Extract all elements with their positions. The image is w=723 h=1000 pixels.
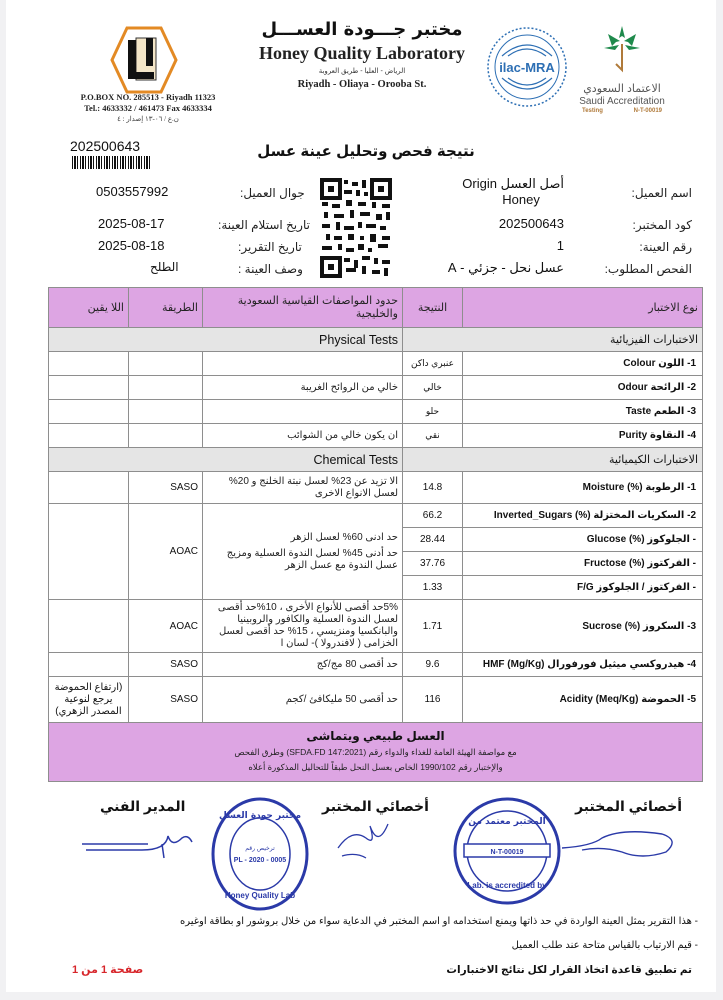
report-date-label: تاريخ التقرير: bbox=[238, 240, 302, 254]
test-result: 9.6 bbox=[403, 653, 463, 677]
conclusion-row: العسل طبيعي ويتماشى مع مواصفة الهيئة الع… bbox=[49, 723, 703, 782]
test-method: SASO bbox=[129, 653, 203, 677]
test-uncertainty bbox=[49, 504, 129, 600]
table-row: 1- الرطوبة (%) Moisture 14.8 الا تزيد عن… bbox=[49, 472, 703, 504]
svg-text:N-T-00019: N-T-00019 bbox=[490, 849, 523, 856]
section-title-ar: الاختبارات الفيزيائية bbox=[403, 328, 703, 352]
svg-text:PL - 2020 - 0005: PL - 2020 - 0005 bbox=[234, 857, 287, 864]
test-result: 28.44 bbox=[403, 528, 463, 552]
test-name: 4- هيدروكسي ميثيل فورفورال (Mg/Kg) HMF bbox=[463, 653, 703, 677]
header-test-type: نوع الاختبار bbox=[463, 288, 703, 328]
test-spec bbox=[203, 400, 403, 424]
test-name: - الفركتوز / الجلوكوز F/G bbox=[463, 576, 703, 600]
results-table: نوع الاختبار النتيجة حدود المواصفات القي… bbox=[48, 287, 703, 782]
test-uncertainty bbox=[49, 352, 129, 376]
technical-manager-label: المدير الفني bbox=[100, 798, 185, 815]
header-result: النتيجة bbox=[403, 288, 463, 328]
test-spec: خالي من الروائح الغريبة bbox=[203, 376, 403, 400]
svg-text:المختبر معتمد من: المختبر معتمد من bbox=[468, 817, 545, 827]
test-name: 1- اللون Colour bbox=[463, 352, 703, 376]
barcode-icon bbox=[72, 156, 150, 169]
test-spec: حد أقصى 80 مج/كج bbox=[203, 653, 403, 677]
table-header-row: نوع الاختبار النتيجة حدود المواصفات القي… bbox=[49, 288, 703, 328]
test-method: AOAC bbox=[129, 600, 203, 653]
saudi-accreditation-logo: الاعتماد السعودي Saudi Accreditation Tes… bbox=[576, 24, 668, 114]
barcode-number: 202500643 bbox=[70, 138, 140, 154]
svg-text:Honey Quality Lab: Honey Quality Lab bbox=[225, 891, 295, 900]
test-method bbox=[129, 400, 203, 424]
test-name: 3- السكروز (%) Sucrose bbox=[463, 600, 703, 653]
conclusion-line-2: والإختبار رقم 1990/102 الخاص بعسل النحل … bbox=[49, 760, 702, 775]
table-row: 4- النقاوة Purity نقي ان يكون خالي من ال… bbox=[49, 424, 703, 448]
test-result: 1.71 bbox=[403, 600, 463, 653]
header-uncertainty: اللا يقين bbox=[49, 288, 129, 328]
test-method: AOAC bbox=[129, 504, 203, 600]
report-date-value: 2025-08-18 bbox=[98, 238, 165, 253]
lab-name-en: Honey Quality Laboratory bbox=[252, 42, 472, 64]
conclusion-title: العسل طبيعي ويتماشى bbox=[49, 727, 702, 745]
test-name: 2- الرائحة Odour bbox=[463, 376, 703, 400]
section-title-en: Chemical Tests bbox=[49, 448, 403, 472]
test-name: - الجلوكوز (%) Glucose bbox=[463, 528, 703, 552]
test-uncertainty: (ارتفاع الحموضة يرجع لنوعية المصدر الزهر… bbox=[49, 677, 129, 723]
table-row: 5- الحموضة (Meq/Kg) Acidity 116 حد أقصى … bbox=[49, 677, 703, 723]
sample-number-value: 1 bbox=[557, 238, 564, 253]
test-uncertainty bbox=[49, 424, 129, 448]
honey-lab-logo-icon bbox=[110, 26, 178, 94]
required-test-label: الفحص المطلوب: bbox=[605, 262, 692, 276]
test-result: 116 bbox=[403, 677, 463, 723]
table-row: 3- السكروز (%) Sucrose 1.71 5%حد أقصى لل… bbox=[49, 600, 703, 653]
table-row: 4- هيدروكسي ميثيل فورفورال (Mg/Kg) HMF 9… bbox=[49, 653, 703, 677]
footer-note-2: - قيم الارتياب بالقياس متاحة عند طلب الع… bbox=[512, 940, 698, 951]
test-spec: الا تزيد عن 23% لعسل نبتة الخلنج و 20% ل… bbox=[203, 472, 403, 504]
signature-technical-manager-icon bbox=[78, 826, 198, 860]
lab-address-en: Riyadh - Oliaya - Orooba St. bbox=[252, 78, 472, 92]
test-spec bbox=[203, 352, 403, 376]
test-method bbox=[129, 376, 203, 400]
lab-address-ar: الرياض - العليا - طريق العروبة bbox=[252, 66, 472, 78]
lab-contact: P.O.BOX NO. 285513 - Riyadh 11323 Tel.: … bbox=[68, 92, 228, 125]
test-uncertainty bbox=[49, 376, 129, 400]
document-reference: ن.ع / ٠٦-١٣ إصدار : ٤ bbox=[68, 114, 228, 125]
header-spec: حدود المواصفات القياسية السعودية والخليج… bbox=[203, 288, 403, 328]
test-result: حلو bbox=[403, 400, 463, 424]
table-row: 2- الرائحة Odour خالي خالي من الروائح ال… bbox=[49, 376, 703, 400]
accreditation-type: Testing bbox=[582, 108, 603, 114]
lab-name-ar: مختبر جـــودة العســـل bbox=[252, 18, 472, 42]
receipt-date-label: تاريخ استلام العينة: bbox=[218, 218, 310, 232]
test-spec: ان يكون خالي من الشوائب bbox=[203, 424, 403, 448]
test-result: عنبري داكن bbox=[403, 352, 463, 376]
test-name: 1- الرطوبة (%) Moisture bbox=[463, 472, 703, 504]
receipt-date-value: 2025-08-17 bbox=[98, 216, 165, 231]
accreditation-ar: الاعتماد السعودي bbox=[576, 83, 668, 96]
sample-description-value: الطلح bbox=[150, 260, 179, 274]
test-spec: حد أقصى 50 مليكافئ /كجم bbox=[203, 677, 403, 723]
client-name-value: أصل العسل Origin Honey bbox=[462, 176, 564, 207]
signature-specialist-1-icon bbox=[562, 826, 682, 866]
test-result: 37.76 bbox=[403, 552, 463, 576]
lab-stamp-icon: مختبر جودة العسل ترخيص رقم PL - 2020 - 0… bbox=[210, 796, 310, 912]
test-result: 14.8 bbox=[403, 472, 463, 504]
accreditation-code: N-T-00019 bbox=[634, 108, 662, 114]
required-test-value: عسل نحل - جزئي - A bbox=[448, 260, 564, 276]
qr-code-icon bbox=[320, 178, 392, 278]
lab-title-block: مختبر جـــودة العســـل Honey Quality Lab… bbox=[252, 18, 472, 92]
palm-tree-icon bbox=[602, 24, 642, 76]
svg-text:ترخيص رقم: ترخيص رقم bbox=[245, 845, 275, 852]
section-chemical: الاختبارات الكيميائية Chemical Tests bbox=[49, 448, 703, 472]
test-result: خالي bbox=[403, 376, 463, 400]
client-name-label: اسم العميل: bbox=[632, 186, 692, 200]
table-row: 1- اللون Colour عنبري داكن bbox=[49, 352, 703, 376]
table-row: 2- السكريات المختزلة (%) Inverted_Sugars… bbox=[49, 504, 703, 528]
test-method bbox=[129, 352, 203, 376]
report-title: نتيجة فحص وتحليل عينة عسل bbox=[246, 142, 486, 160]
test-name: 2- السكريات المختزلة (%) Inverted_Sugars bbox=[463, 504, 703, 528]
header-method: الطريقة bbox=[129, 288, 203, 328]
test-uncertainty bbox=[49, 472, 129, 504]
lab-specialist-2-label: أخصائي المختبر bbox=[322, 798, 429, 815]
test-spec: حد ادنى 60% لعسل الزهر حد أدنى 45% لعسل … bbox=[203, 504, 403, 600]
page-number: صفحة 1 من 1 bbox=[72, 963, 143, 976]
report-page: P.O.BOX NO. 285513 - Riyadh 11323 Tel.: … bbox=[6, 0, 716, 992]
sample-description-label: وصف العينة : bbox=[238, 262, 303, 276]
test-method bbox=[129, 424, 203, 448]
ilac-mra-logo-icon: ilac-MRA bbox=[486, 26, 568, 108]
test-method: SASO bbox=[129, 472, 203, 504]
lab-specialist-1-label: أخصائي المختبر bbox=[575, 798, 682, 815]
test-method: SASO bbox=[129, 677, 203, 723]
sample-number-label: رقم العينة: bbox=[639, 240, 692, 254]
table-row: 3- الطعم Taste حلو bbox=[49, 400, 703, 424]
telephone: Tel.: 4633332 / 461473 Fax 4633334 bbox=[68, 103, 228, 114]
test-name: 3- الطعم Taste bbox=[463, 400, 703, 424]
po-box: P.O.BOX NO. 285513 - Riyadh 11323 bbox=[68, 92, 228, 103]
test-name: 4- النقاوة Purity bbox=[463, 424, 703, 448]
test-result: 1.33 bbox=[403, 576, 463, 600]
section-title-en: Physical Tests bbox=[49, 328, 403, 352]
test-uncertainty bbox=[49, 600, 129, 653]
test-uncertainty bbox=[49, 400, 129, 424]
test-uncertainty bbox=[49, 653, 129, 677]
accredited-stamp-icon: N-T-00019 المختبر معتمد من Lab. is accre… bbox=[452, 796, 562, 906]
test-name: 5- الحموضة (Meq/Kg) Acidity bbox=[463, 677, 703, 723]
svg-text:مختبر جودة العسل: مختبر جودة العسل bbox=[219, 811, 301, 821]
conclusion-line-1: مع مواصفة الهيئة العامة للغذاء والدواء ر… bbox=[49, 745, 702, 760]
client-mobile-value: 0503557992 bbox=[96, 184, 168, 199]
test-result: 66.2 bbox=[403, 504, 463, 528]
signature-specialist-2-icon bbox=[332, 818, 396, 864]
svg-text:ilac-MRA: ilac-MRA bbox=[499, 60, 555, 75]
test-result: نقي bbox=[403, 424, 463, 448]
section-title-ar: الاختبارات الكيميائية bbox=[403, 448, 703, 472]
test-name: - الفركتوز (%) Fructose bbox=[463, 552, 703, 576]
test-spec: 5%حد أقصى للأنواع الأخرى ، 10%حد أقصى لع… bbox=[203, 600, 403, 653]
footer-note-1: - هذا التقرير يمثل العينة الواردة في حد … bbox=[180, 916, 698, 927]
lab-code-value: 202500643 bbox=[499, 216, 564, 231]
decision-rule-note: تم تطبيق قاعدة اتخاذ القرار لكل نتائج ال… bbox=[446, 964, 692, 976]
accreditation-en: Saudi Accreditation bbox=[576, 96, 668, 108]
section-physical: الاختبارات الفيزيائية Physical Tests bbox=[49, 328, 703, 352]
lab-code-label: كود المختبر: bbox=[633, 218, 692, 232]
client-mobile-label: جوال العميل: bbox=[240, 186, 305, 200]
svg-text:Lab. is accredited by: Lab. is accredited by bbox=[467, 881, 547, 890]
